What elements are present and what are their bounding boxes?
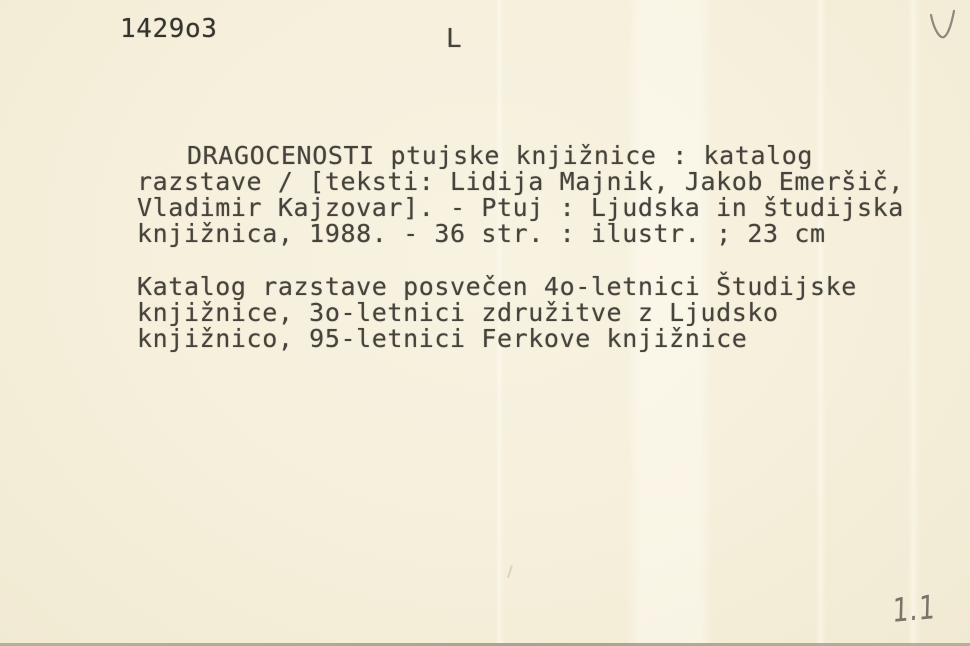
description-line: DRAGOCENOSTI ptujske knjižnice : katalog [137,143,904,169]
note-line: Katalog razstave posvečen 4o-letnici Štu… [137,274,857,300]
description-line: knjižnica, 1988. - 36 str. : ilustr. ; 2… [137,221,904,247]
handwritten-tick-icon [926,8,960,50]
section-letter: L [446,26,462,52]
description-line: razstave / [teksti: Lidija Majnik, Jakob… [137,169,904,195]
handwritten-number: 1.1 [892,588,937,630]
note-line: knjižnice, 3o-letnici združitve z Ljudsk… [137,300,857,326]
scan-speck [507,565,513,578]
note-line: knjižnico, 95-letnici Ferkove knjižnice [137,326,857,352]
catalog-card: 1429o3 L DRAGOCENOSTI ptujske knjižnice … [0,0,970,646]
bibliographic-description: DRAGOCENOSTI ptujske knjižnice : katalog… [137,143,904,247]
description-line: Vladimir Kajzovar]. - Ptuj : Ljudska in … [137,195,904,221]
note-paragraph: Katalog razstave posvečen 4o-letnici Štu… [137,274,857,352]
call-number: 1429o3 [120,16,218,42]
